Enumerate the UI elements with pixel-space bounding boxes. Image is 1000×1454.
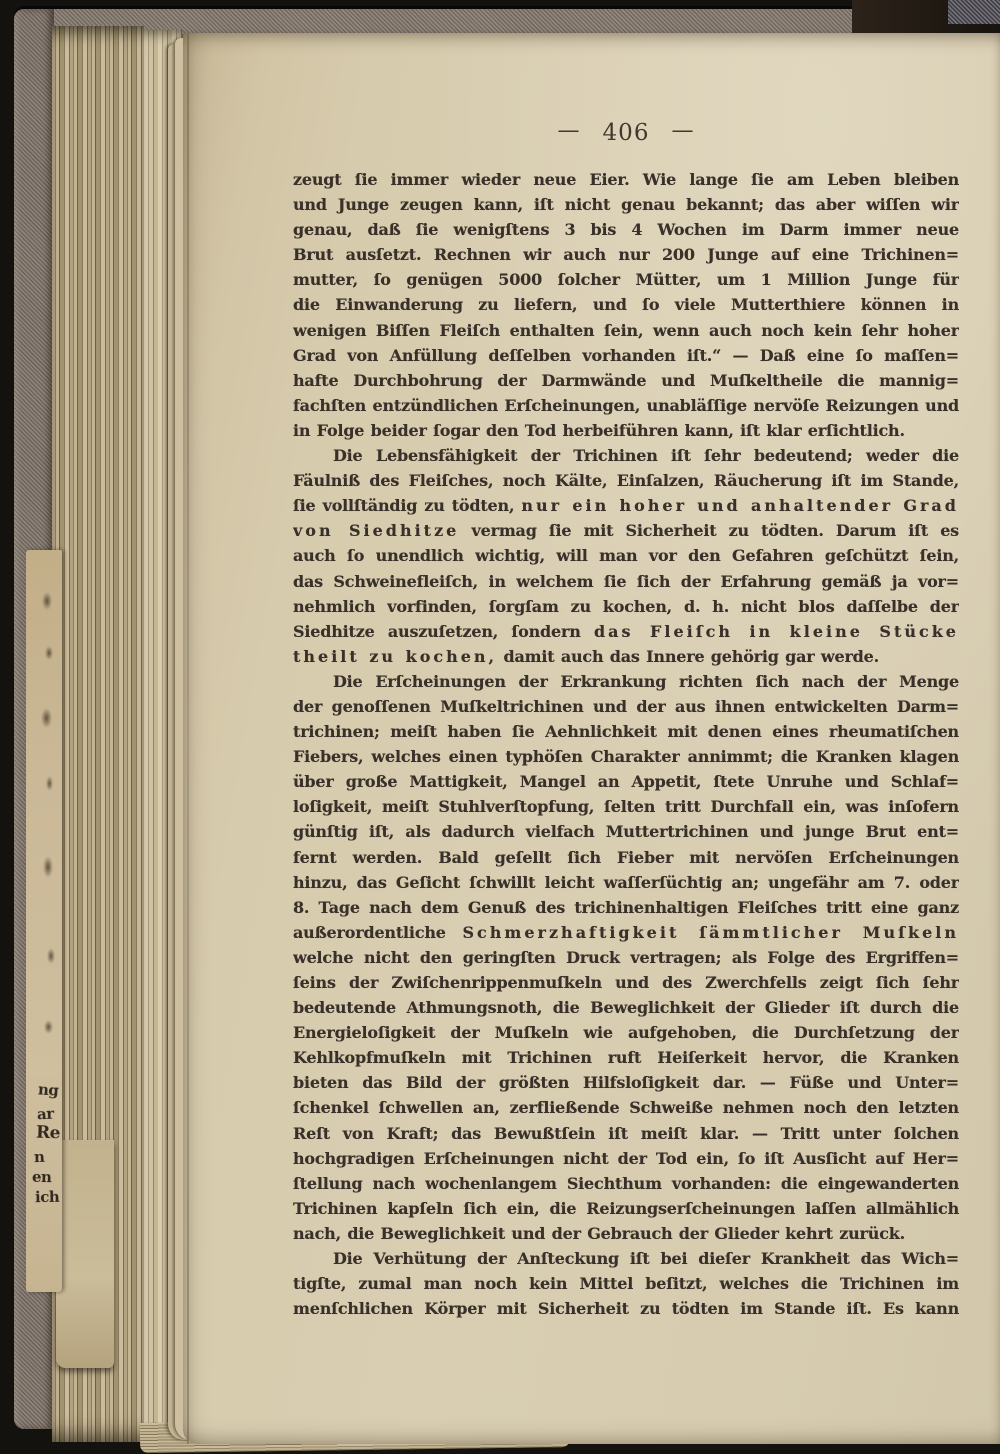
text-lines: zeugt ſie immer wieder neue Eier. Wie la…	[293, 167, 959, 1321]
text-segment: Fiebers, welches einen typhöſen Charakte…	[293, 747, 959, 766]
text-segment: der genoſſenen Muſkeltrichinen und der a…	[293, 697, 959, 716]
text-line: loſigkeit, meiſt Stuhlverſtopfung, ſelte…	[293, 794, 959, 819]
cover-cloth-corner	[948, 0, 1000, 24]
text-segment: Kehlkopfmuſkeln mit Trichinen ruft Heiſe…	[293, 1048, 959, 1067]
text-line: Fäulniß des Fleiſches, noch Kälte, Einſa…	[293, 468, 959, 493]
slip-text-fragment: Re	[36, 1126, 60, 1142]
text-segment: günſtig iſt, als dadurch vielfach Mutter…	[293, 822, 959, 841]
text-segment: Siedhitze auszuſetzen, ſondern	[293, 622, 594, 641]
text-line: nehmlich vorfinden, ſorgſam zu kochen, d…	[293, 594, 959, 619]
text-segment: ſchenkel ſchwellen an, zerfließende Schw…	[293, 1098, 959, 1117]
text-segment: welche nicht den geringſten Druck vertra…	[293, 948, 959, 967]
text-line: Die Verhütung der Anſteckung iſt bei die…	[293, 1246, 959, 1271]
slip-text-fragment: ar	[37, 1107, 54, 1123]
text-line: Grad von Anfüllung deſſelben vorhanden i…	[293, 343, 959, 368]
text-line: welche nicht den geringſten Druck vertra…	[293, 945, 959, 970]
page-number: — 406 —	[293, 118, 959, 148]
text-segment: loſigkeit, meiſt Stuhlverſtopfung, ſelte…	[293, 797, 959, 816]
ink-smudge	[43, 856, 53, 878]
text-line: fachſten entzündlichen Erſcheinungen, un…	[293, 393, 959, 418]
ink-smudge	[46, 776, 53, 791]
text-line: tigſte, zumal man noch kein Mittel beſit…	[293, 1271, 959, 1296]
ink-smudge	[44, 1020, 53, 1034]
text-segment: Schmerzhaftigkeit ſämmtlicher Muſkeln	[463, 923, 960, 942]
slip-text-fragment: ich	[35, 1190, 60, 1205]
text-line: Fiebers, welches einen typhöſen Charakte…	[293, 744, 959, 769]
text-segment: genau, daß ſie wenigſtens 3 bis 4 Wochen…	[293, 220, 959, 239]
text-line: menſchlichen Körper mit Sicherheit zu tö…	[293, 1296, 959, 1321]
text-segment: 8. Tage nach dem Genuß des trichinenhalt…	[293, 898, 959, 917]
slip-text-fragment: n	[34, 1150, 45, 1165]
text-segment: außerordentliche	[293, 923, 463, 942]
ink-smudge	[45, 646, 53, 660]
ink-smudge	[47, 948, 55, 964]
ink-smudge	[41, 708, 52, 728]
text-line: Reſt von Kraft; das Bewußtſein iſt meiſt…	[293, 1121, 959, 1146]
ink-smudge	[42, 592, 52, 610]
slip-text-fragment: en	[32, 1170, 52, 1185]
text-segment: Trichinen kapſeln ſich ein, die Reizungs…	[293, 1199, 959, 1218]
text-segment: Die Lebensfähigkeit der Trichinen iſt ſe…	[333, 446, 959, 465]
text-segment: über große Mattigkeit, Mangel an Appetit…	[293, 772, 959, 791]
page-number-value: 406	[603, 118, 650, 148]
text-segment: nehmlich vorfinden, ſorgſam zu kochen, d…	[293, 597, 959, 616]
text-segment: bedeutende Athmungsnoth, die Beweglichke…	[293, 998, 959, 1017]
text-segment: nur ein hoher und anhaltender Grad	[521, 496, 959, 515]
text-line: hinzu, das Geſicht ſchwillt leicht waſſe…	[293, 870, 959, 895]
text-line: auch ſo unendlich wichtig, will man vor …	[293, 543, 959, 568]
text-line: nach, die Beweglichkeit und der Gebrauch…	[293, 1221, 959, 1246]
slip-text-fragment: ng	[38, 1082, 59, 1098]
text-line: Siedhitze auszuſetzen, ſondern das Fleiſ…	[293, 619, 959, 644]
text-segment: wenigen Biſſen Fleiſch enthalten ſein, w…	[293, 321, 959, 340]
page-number-right-dash: —	[671, 116, 694, 146]
text-line: und Junge zeugen kann, iſt nicht genau b…	[293, 192, 959, 217]
text-line: in Folge beider ſogar den Tod herbeiführ…	[293, 418, 959, 443]
text-segment: zeugt ſie immer wieder neue Eier. Wie la…	[293, 170, 959, 189]
text-line: zeugt ſie immer wieder neue Eier. Wie la…	[293, 167, 959, 192]
page-number-left-dash: —	[558, 116, 581, 146]
text-segment: hafte Durchbohrung der Darmwände und Muſ…	[293, 371, 959, 390]
text-segment: ſeins der Zwiſchenrippenmuſkeln und des …	[293, 973, 959, 992]
text-segment: trichinen; meiſt haben ſie Aehnlichkeit …	[293, 722, 959, 741]
text-segment: und Junge zeugen kann, iſt nicht genau b…	[293, 195, 959, 214]
text-line: von Siedhitze vermag ſie mit Sicherheit …	[293, 518, 959, 543]
text-line: hafte Durchbohrung der Darmwände und Muſ…	[293, 368, 959, 393]
text-line: Kehlkopfmuſkeln mit Trichinen ruft Heiſe…	[293, 1045, 959, 1070]
text-line: bieten das Bild der größten Hilfsloſigke…	[293, 1070, 959, 1095]
text-line: hochgradigen Erſcheinungen nicht der Tod…	[293, 1146, 959, 1171]
text-segment: hinzu, das Geſicht ſchwillt leicht waſſe…	[293, 873, 959, 892]
text-segment: fernt werden. Bald geſellt ſich Fieber m…	[293, 848, 959, 867]
text-line: Energieloſigkeit der Muſkeln wie aufgeho…	[293, 1020, 959, 1045]
text-segment: ſie vollſtändig zu tödten,	[293, 496, 521, 515]
text-segment: Grad von Anfüllung deſſelben vorhanden i…	[293, 346, 959, 365]
text-segment: fachſten entzündlichen Erſcheinungen, un…	[293, 396, 959, 415]
protruding-page-edge	[56, 1140, 114, 1368]
text-line: ſeins der Zwiſchenrippenmuſkeln und des …	[293, 970, 959, 995]
text-line: über große Mattigkeit, Mangel an Appetit…	[293, 769, 959, 794]
text-segment: menſchlichen Körper mit Sicherheit zu tö…	[293, 1299, 959, 1318]
text-segment: mutter, ſo genügen 5000 ſolcher Mütter, …	[293, 270, 959, 289]
text-line: Trichinen kapſeln ſich ein, die Reizungs…	[293, 1196, 959, 1221]
text-line: Brut ausſetzt. Rechnen wir auch nur 200 …	[293, 242, 959, 267]
text-segment: in Folge beider ſogar den Tod herbeiführ…	[293, 421, 905, 440]
text-segment: damit auch das Innere gehörig gar werde.	[497, 647, 879, 666]
paper-slip: ngarRenenich	[26, 550, 62, 1292]
text-line: bedeutende Athmungsnoth, die Beweglichke…	[293, 995, 959, 1020]
text-segment: Brut ausſetzt. Rechnen wir auch nur 200 …	[293, 245, 959, 264]
text-segment: die Einwanderung zu liefern, und ſo viel…	[293, 295, 959, 314]
text-line: theilt zu kochen, damit auch das Innere …	[293, 644, 959, 669]
text-line: 8. Tage nach dem Genuß des trichinenhalt…	[293, 895, 959, 920]
text-line: Die Erſcheinungen der Erkrankung richten…	[293, 669, 959, 694]
text-segment: Energieloſigkeit der Muſkeln wie aufgeho…	[293, 1023, 959, 1042]
text-segment: theilt zu kochen,	[293, 647, 497, 666]
text-segment: Die Erſcheinungen der Erkrankung richten…	[333, 672, 959, 691]
text-line: trichinen; meiſt haben ſie Aehnlichkeit …	[293, 719, 959, 744]
text-line: genau, daß ſie wenigſtens 3 bis 4 Wochen…	[293, 217, 959, 242]
text-line: wenigen Biſſen Fleiſch enthalten ſein, w…	[293, 318, 959, 343]
text-line: günſtig iſt, als dadurch vielfach Mutter…	[293, 819, 959, 844]
text-line: fernt werden. Bald geſellt ſich Fieber m…	[293, 845, 959, 870]
text-line: außerordentliche Schmerzhaftigkeit ſämmt…	[293, 920, 959, 945]
text-segment: auch ſo unendlich wichtig, will man vor …	[293, 546, 959, 565]
text-segment: bieten das Bild der größten Hilfsloſigke…	[293, 1073, 959, 1092]
text-segment: Die Verhütung der Anſteckung iſt bei die…	[333, 1249, 959, 1268]
text-segment: nach, die Beweglichkeit und der Gebrauch…	[293, 1224, 905, 1243]
text-line: Die Lebensfähigkeit der Trichinen iſt ſe…	[293, 443, 959, 468]
text-line: das Schweinefleiſch, in welchem ſie ſich…	[293, 569, 959, 594]
text-segment: Fäulniß des Fleiſches, noch Kälte, Einſa…	[293, 471, 959, 490]
text-segment: das Schweinefleiſch, in welchem ſie ſich…	[293, 572, 959, 591]
text-segment: hochgradigen Erſcheinungen nicht der Tod…	[293, 1149, 959, 1168]
text-segment: Reſt von Kraft; das Bewußtſein iſt meiſt…	[293, 1124, 959, 1143]
text-segment: tigſte, zumal man noch kein Mittel beſit…	[293, 1274, 959, 1293]
text-line: ſchenkel ſchwellen an, zerfließende Schw…	[293, 1095, 959, 1120]
text-line: die Einwanderung zu liefern, und ſo viel…	[293, 292, 959, 317]
text-line: ſie vollſtändig zu tödten, nur ein hoher…	[293, 493, 959, 518]
text-segment: vermag ſie mit Sicherheit zu tödten. Dar…	[459, 521, 959, 540]
text-line: der genoſſenen Muſkeltrichinen und der a…	[293, 694, 959, 719]
text-line: mutter, ſo genügen 5000 ſolcher Mütter, …	[293, 267, 959, 292]
text-segment: ſtellung nach wochenlangem Siechthum vor…	[293, 1174, 959, 1193]
text-line: ſtellung nach wochenlangem Siechthum vor…	[293, 1171, 959, 1196]
text-segment: von Siedhitze	[293, 521, 459, 540]
